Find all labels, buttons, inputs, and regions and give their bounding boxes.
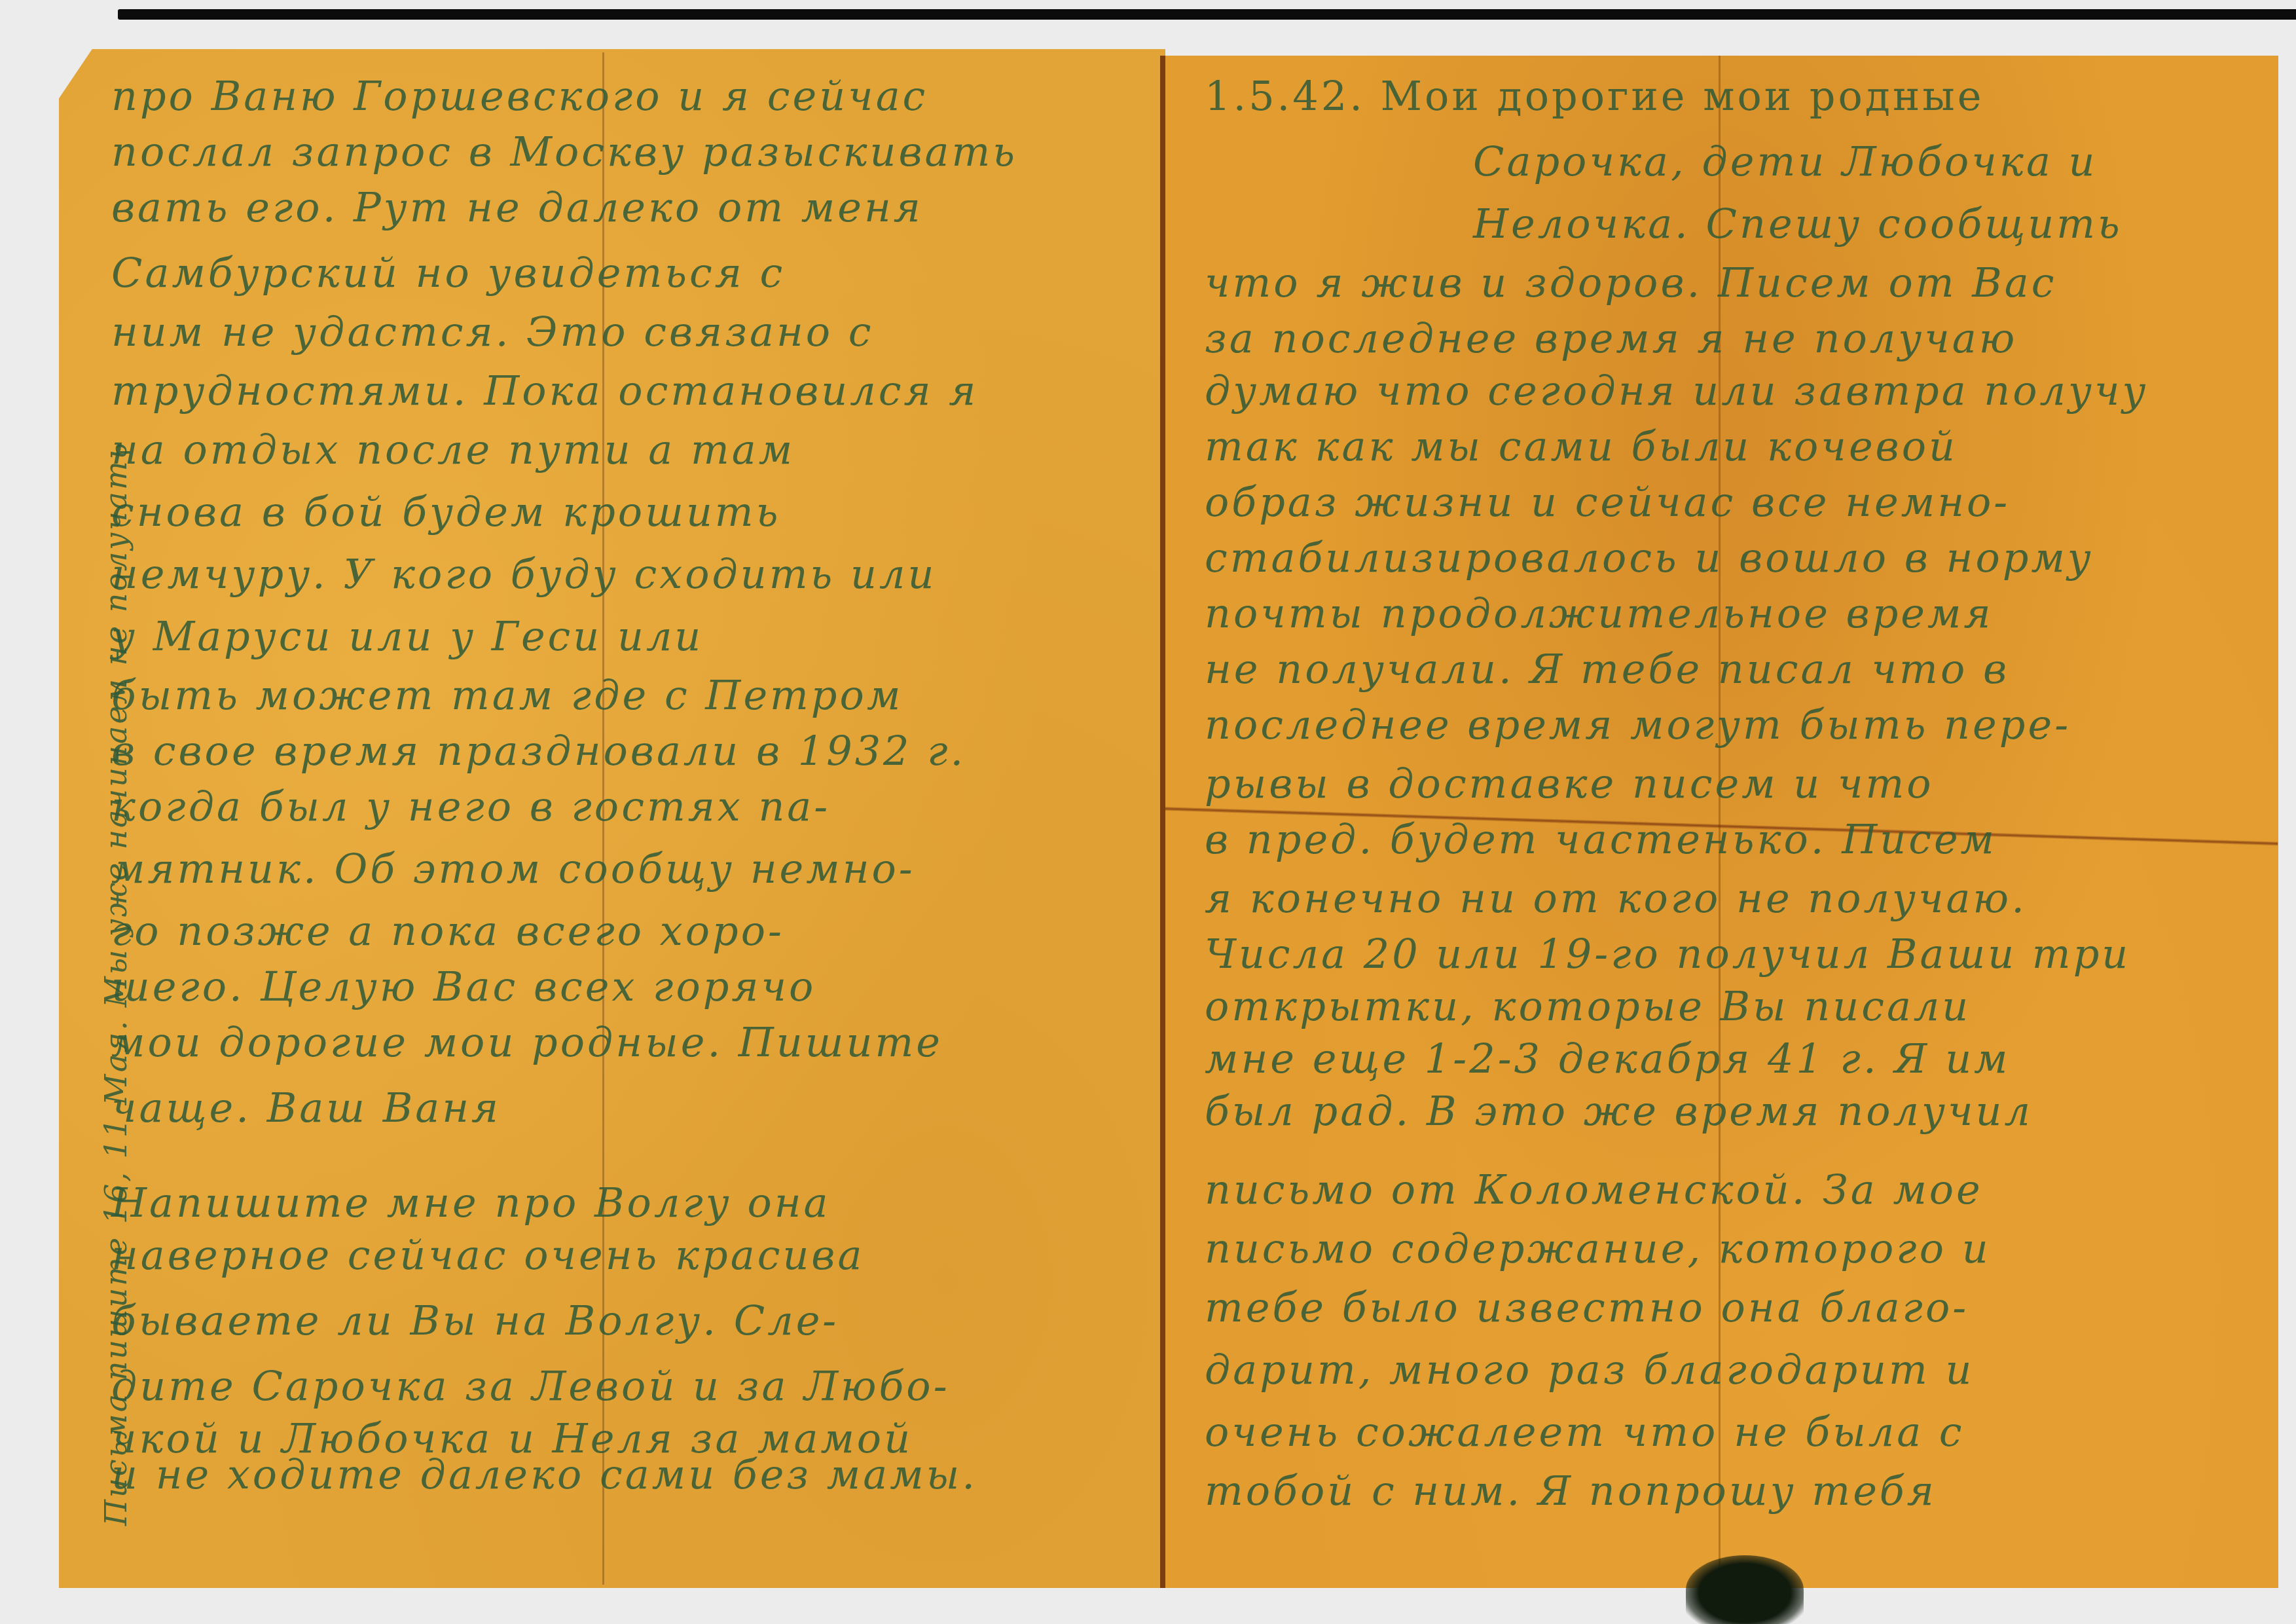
text-line: стабилизировалось и вошло в норму [1205, 534, 2094, 581]
text-line: бываете ли Вы на Волгу. Сле- [111, 1297, 839, 1344]
text-line: вать его. Рут не далеко от меня [111, 183, 923, 231]
text-line: Напишите мне про Волгу она [111, 1179, 831, 1227]
text-line: мои дорогие мои родные. Пишите [111, 1018, 943, 1066]
text-line: так как мы сами были кочевой [1205, 422, 1958, 470]
text-line: Самбурский но увидеться с [111, 249, 785, 297]
text-line: когда был у него в гостях па- [111, 783, 830, 830]
text-line: не получали. Я тебе писал что в [1205, 645, 2009, 693]
text-line: наверное сейчас очень красива [111, 1231, 864, 1279]
text-line: в свое время праздновали в 1932 г. [111, 727, 966, 775]
text-line: немчуру. У кого буду сходить или [111, 550, 936, 598]
text-line: письмо от Коломенской. За мое [1205, 1166, 1983, 1213]
text-line: был рад. В это же время получил [1205, 1087, 2033, 1135]
text-line: на отдых после пути а там [111, 426, 795, 473]
text-line: трудностями. Пока остановился я [111, 367, 978, 415]
text-line: письмо содержание, которого и [1205, 1225, 1991, 1272]
ink-stain [1686, 1555, 1804, 1624]
text-line: дите Сарочка за Левой и за Любо- [111, 1362, 950, 1410]
date-and-greeting: 1.5.42. Мои дорогие мои родные [1205, 72, 1984, 120]
text-line: послал запрос в Москву разыскивать [111, 128, 1017, 175]
text-line: мне еще 1-2-3 декабря 41 г. Я им [1205, 1035, 2010, 1082]
margin-note: Письма пишите 16, 11 Мая. Мы уже начинае… [98, 441, 134, 1526]
text-line: тебе было известно она благо- [1205, 1283, 1969, 1331]
text-line: последнее время могут быть пере- [1205, 701, 2071, 748]
text-line: образ жизни и сейчас все немно- [1205, 478, 2010, 526]
signature-line: чаще. Ваш Ваня [111, 1084, 501, 1132]
text-line: мятник. Об этом сообщу немно- [111, 845, 915, 893]
text-line: тобой с ним. Я попрошу тебя [1205, 1467, 1937, 1515]
text-line: быть может там где с Петром [111, 671, 903, 719]
text-line: что я жив и здоров. Писем от Вас [1205, 259, 2057, 306]
text-line: Числа 20 или 19-го получил Ваши три [1205, 930, 2130, 978]
text-line: Нелочка. Спешу сообщить [1473, 200, 2123, 248]
text-line: шего. Целую Вас всех горячо [111, 963, 816, 1010]
text-line: почты продолжительное время [1205, 589, 1993, 637]
text-line: у Маруси или у Геси или [111, 612, 703, 660]
text-line: го позже а пока всего хоро- [111, 907, 784, 955]
text-line: и не ходите далеко сами без мамы. [111, 1450, 977, 1498]
text-line: я конечно ни от кого не получаю. [1205, 874, 2027, 922]
text-line: за последнее время я не получаю [1205, 314, 2017, 362]
text-line: рывы в доставке писем и что [1205, 760, 1934, 807]
text-line: ним не удастся. Это связано с [111, 308, 874, 356]
text-line: очень сожалеет что не была с [1205, 1408, 1965, 1456]
text-line: снова в бой будем крошить [111, 488, 780, 536]
text-line: думаю что сегодня или завтра получу [1205, 367, 2149, 415]
text-line: открытки, которые Вы писали [1205, 982, 1971, 1030]
text-line: про Ваню Горшевского и я сейчас [111, 72, 928, 120]
text-line: в пред. будет частенько. Писем [1205, 815, 1997, 863]
page-fold-edge [1160, 56, 1165, 1588]
scan-top-border [118, 9, 2296, 20]
text-line: Сарочка, дети Любочка и [1473, 138, 2098, 185]
text-line: дарит, много раз благодарит и [1205, 1346, 1974, 1393]
